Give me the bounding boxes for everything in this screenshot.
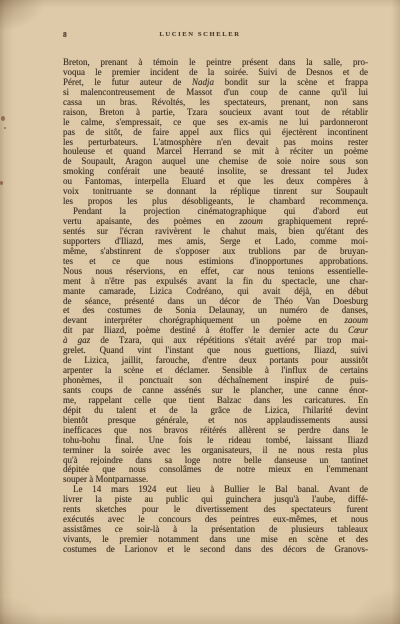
- text-line: le calme, s'empressait, ce que ses ex-am…: [63, 118, 368, 128]
- text-line: vivants, le premier notamment dans une m…: [63, 535, 368, 545]
- text-line: devant interpréter chorégraphiquement un…: [63, 316, 368, 326]
- text-block: Breton, prenant à témoin le peintre prés…: [63, 58, 368, 555]
- scan-speck: [1, 116, 5, 121]
- text-line: dépit du talent et de la grâce de Lizica…: [63, 406, 368, 416]
- text-line: les propos les plus désobligeants, le ch…: [63, 197, 368, 207]
- text-line: exécutés avec le concours des peintres e…: [63, 515, 368, 525]
- text-line: phonèmes, il ponctuait son déchaînement …: [63, 376, 368, 386]
- scan-speck: [0, 181, 3, 185]
- text-line: houleuse et quand Marcel Herrand se mit …: [63, 147, 368, 157]
- text-line: arpenter la scène et déclamer. Sensible …: [63, 366, 368, 376]
- text-line: de Lizica, jaillit, farouche, d'entre de…: [63, 356, 368, 366]
- text-line: de Soupault, Aragon auquel une chemise d…: [63, 157, 368, 167]
- text-line: ou Fantomas, interpella Eluard et que le…: [63, 177, 368, 187]
- text-line: voqua le premier incident de la soirée. …: [63, 68, 368, 78]
- text-line: me, rappelant celle que tient Balzac dan…: [63, 396, 368, 406]
- text-line: rents sketches pour le divertissement de…: [63, 505, 368, 515]
- text-line: dépitée que nous consolâmes de notre mie…: [63, 465, 368, 475]
- text-line: grelet. Quand vint l'instant que nous gu…: [63, 346, 368, 356]
- text-line: tes et ce que nous estimions d'inopportu…: [63, 257, 368, 267]
- text-line: voix tonitruante se donnant la réplique …: [63, 187, 368, 197]
- text-line: même, s'abstinrent de s'opposer aux trub…: [63, 247, 368, 257]
- text-line: Breton, prenant à témoin le peintre prés…: [63, 58, 368, 68]
- text-line: cassa un bras. Révoltés, les spectateurs…: [63, 98, 368, 108]
- text-line: à gaz de Tzara, qui aux répétitions s'ét…: [63, 336, 368, 346]
- text-line: pas de sitôt, de faire appel aux flics q…: [63, 128, 368, 138]
- text-line: terminer la soirée avec les organisateur…: [63, 446, 368, 456]
- text-line: Pendant la projection cinématographique …: [63, 207, 368, 217]
- text-line: raison, Breton à partie, Tzara soucieux …: [63, 108, 368, 118]
- text-line: mante camarade, Lizica Codréano, qui ava…: [63, 287, 368, 297]
- text-line: et des costumes de Sonia Delaunay, un nu…: [63, 306, 368, 316]
- scan-speck: [4, 127, 6, 129]
- text-line: costumes de Larionov et le second dans d…: [63, 545, 368, 555]
- text-line: vertu apaisante, des poèmes en zaoum gra…: [63, 217, 368, 227]
- text-line: supporters d'Iliazd, mes amis, Serge et …: [63, 237, 368, 247]
- text-line: livrer la piste au public qui guinchera …: [63, 495, 368, 505]
- book-page: 8 LUCIEN SCHELER Breton, prenant à témoi…: [0, 0, 400, 624]
- text-line: sentés sur l'écran ravivèrent le chahut …: [63, 227, 368, 237]
- text-line: qu'à rejoindre dans sa loge notre belle …: [63, 456, 368, 466]
- text-line: sants coups de canne assénés sur le plan…: [63, 386, 368, 396]
- text-line: les perturbateurs. L'atmosphère n'en dev…: [63, 138, 368, 148]
- text-line: dit par Iliazd, poème destiné à étoffer …: [63, 326, 368, 336]
- text-line: Nous nous réservions, en effet, car nous…: [63, 267, 368, 277]
- text-line: assistâmes ce soir-là à la présentation …: [63, 525, 368, 535]
- text-line: ment à n'être pas expulsés avant la fin …: [63, 277, 368, 287]
- text-line: de séance, présenté dans un décor de Thé…: [63, 297, 368, 307]
- text-line: smoking conférait une beauté insolite, s…: [63, 167, 368, 177]
- text-line: Péret, le futur auteur de Nadja bondit s…: [63, 78, 368, 88]
- text-line: souper à Montparnasse.: [63, 475, 368, 485]
- text-line: Le 14 mars 1924 eut lieu à Bullier le Ba…: [63, 485, 368, 495]
- running-title: LUCIEN SCHELER: [50, 30, 350, 40]
- text-line: si malencontreusement de Massot d'un cou…: [63, 88, 368, 98]
- text-line: inefficaces que nos bravos réitérés allè…: [63, 426, 368, 436]
- text-line: bientôt presque générale, et nos applaud…: [63, 416, 368, 426]
- text-line: tohu-bohu final. Une fois le rideau tomb…: [63, 436, 368, 446]
